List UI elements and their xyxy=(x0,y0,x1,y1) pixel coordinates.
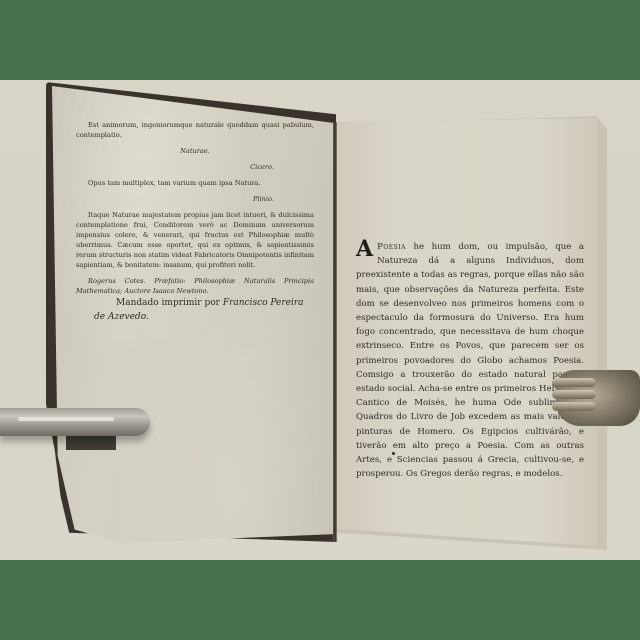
clamp-base xyxy=(66,436,116,450)
bottom-green-band xyxy=(0,560,640,640)
finger-shape xyxy=(552,390,596,399)
book-gutter xyxy=(333,122,337,542)
epigraph-source: Rogerus Cotes. Præfatio: Philosophiæ Nat… xyxy=(76,276,314,296)
top-green-band xyxy=(0,0,640,80)
imprint-prefix: Mandado imprimir por xyxy=(116,298,223,308)
first-word: Poesia xyxy=(377,242,406,252)
drop-cap: A xyxy=(356,240,373,258)
bronze-hand-page-weight xyxy=(556,370,640,426)
epigraph-author-plinio: Plinio. xyxy=(76,194,314,204)
right-page-body: APoesia he hum dom, ou impulsão, que a N… xyxy=(356,240,584,481)
ornament-dot xyxy=(392,452,395,455)
epigraph-plinio: Opus tam multiplex, tam varium quam ipsa… xyxy=(76,178,314,188)
epigraph-cotes: Itaque Naturae majestatem propius jam li… xyxy=(76,210,314,270)
imprint-line: Mandado imprimir por Francisco Pereira d… xyxy=(94,296,304,324)
epigraph-work: Naturae. xyxy=(76,146,314,156)
body-text: he hum dom, ou impulsão, que a Natureza … xyxy=(356,242,584,479)
finger-shape xyxy=(552,378,596,387)
left-page-epigraphs: Est animorum, ingeniorumque naturale quo… xyxy=(76,120,314,296)
epigraph-cicero: Est animorum, ingeniorumque naturale quo… xyxy=(76,120,314,140)
metal-page-clamp xyxy=(0,408,150,436)
finger-shape xyxy=(552,402,596,411)
epigraph-author-cicero: Cicero. xyxy=(76,162,314,172)
